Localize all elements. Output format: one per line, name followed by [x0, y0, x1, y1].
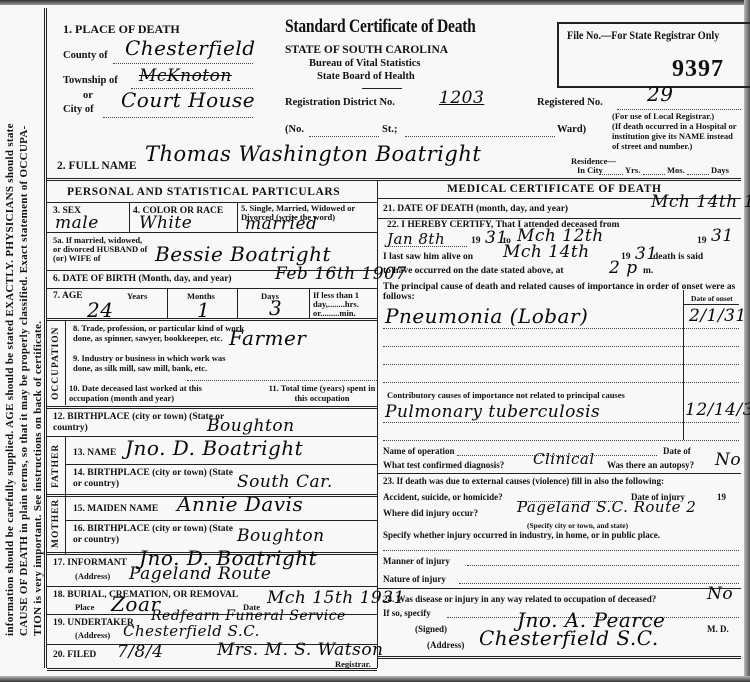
state-name: STATE OF SOUTH CAROLINA [285, 44, 448, 56]
operation-date-label: Date of [663, 446, 691, 456]
specify-city-note: (Specify city or town, and state) [527, 521, 628, 530]
file-number: 9397 [672, 56, 724, 83]
industry-label: 9. Industry or business in which work wa… [73, 354, 233, 373]
informant-address-label: (Address) [75, 571, 110, 581]
local-registrar-note: (For use of Local Registrar.) [612, 111, 714, 121]
city-label: City of [63, 104, 94, 115]
father-name-label: 13. NAME [73, 448, 116, 458]
occurred-label: to have occurred on the date stated abov… [383, 266, 564, 276]
specify-where-label: Specify whether injury occurred in indus… [383, 530, 660, 540]
file-box-label: File No.—For State Registrar Only [567, 28, 719, 43]
county-label: County of [63, 50, 108, 61]
full-name-value: Thomas Washington Boatright [145, 142, 481, 166]
nature-of-injury-label: Nature of injury [383, 574, 446, 584]
operation-label: Name of operation [383, 446, 455, 456]
death-said-label: death is said [653, 252, 703, 262]
occupation-related-label: 24. Was disease or injury in any way rel… [383, 594, 656, 604]
principal-cause-label: The principal cause of death and related… [383, 282, 739, 302]
burial-place-label: Place [75, 602, 94, 612]
date-of-death-value: Mch 14th 1931 [651, 192, 750, 212]
manner-of-injury-label: Manner of injury [383, 556, 450, 566]
last-saw-value: Mch 14th [503, 242, 590, 262]
death-certificate: information should be carefully supplied… [0, 0, 750, 682]
residence-mos-label: Mos. [667, 165, 685, 175]
residence-days-label: Days [711, 165, 729, 175]
board-name: State Board of Health [317, 71, 415, 82]
personal-section-title: PERSONAL AND STATISTICAL PARTICULARS [67, 186, 340, 198]
less-than-day-label: If less than 1 day,........hrs. or......… [313, 291, 379, 318]
medical-section-title: MEDICAL CERTIFICATE OF DEATH [447, 183, 662, 195]
father-birthplace-value: South Car. [237, 472, 333, 492]
date-of-onset-label: Date of onset [691, 294, 733, 303]
autopsy-label: Was there an autopsy? [607, 460, 694, 470]
test-value: Clinical [533, 450, 595, 468]
instructions-line-2: CAUSE OF DEATH in plain terms, so that i… [18, 125, 30, 636]
or-label: or [83, 90, 93, 101]
test-label: What test confirmed diagnosis? [383, 460, 504, 470]
spouse-value: Bessie Boatright [155, 242, 331, 266]
date-of-death-label: 21. DATE OF DEATH (month, day, and year) [383, 204, 568, 214]
physician-address-label: (Address) [427, 640, 464, 650]
place-of-death-label: 1. PLACE OF DEATH [63, 22, 180, 37]
where-injury-value: Pageland S.C. Route 2 [517, 498, 696, 516]
principal-onset-value: 2/1/31 [689, 306, 747, 326]
filed-label: 20. FILED [53, 650, 96, 660]
county-value: Chesterfield [125, 36, 256, 60]
injury-year-prefix: 19 [717, 492, 726, 502]
father-name-value: Jno. D. Boatright [125, 436, 303, 460]
registration-district-value: 1203 [439, 88, 484, 108]
registered-no-label: Registered No. [537, 97, 603, 108]
no-label: (No. [285, 124, 304, 135]
instructions-line-1: information should be carefully supplied… [4, 6, 16, 636]
filed-value: 7/8/4 [117, 642, 163, 662]
contributory-value: Pulmonary tuberculosis [385, 402, 600, 422]
father-section-label: FATHER [51, 444, 61, 488]
township-value: McKnoton [139, 66, 232, 86]
attended-to-year: 31 [711, 226, 734, 246]
race-value: White [139, 213, 192, 233]
spouse-label: 5a. If married, widowed, or divorced HUS… [53, 236, 149, 263]
street-label: St.; [382, 124, 397, 135]
age-years-label: Years [127, 291, 147, 301]
filed-registrar-value: Mrs. M. S. Watson [217, 640, 384, 660]
total-time-label: 11. Total time (years) spent in this occ… [267, 384, 377, 403]
undertaker-address-value: Chesterfield S.C. [123, 622, 260, 640]
informant-label: 17. INFORMANT [53, 558, 127, 568]
certificate-form: 1. PLACE OF DEATH County of Chesterfield… [44, 8, 740, 668]
father-birthplace-label: 14. BIRTHPLACE (city or town) (State or … [73, 468, 243, 490]
last-saw-label: I last saw him alive on [383, 252, 473, 262]
scan-edge-top [0, 0, 750, 5]
autopsy-value: No [715, 450, 741, 470]
informant-address-value: Pageland Route [129, 564, 271, 584]
scan-edge-bottom [0, 676, 750, 682]
age-days-value: 3 [269, 296, 282, 320]
instructions-line-3: TION is very important. See instructions… [32, 321, 44, 636]
scan-edge-right [744, 0, 750, 682]
mother-birthplace-label: 16. BIRTHPLACE (city or town) (State or … [73, 524, 243, 546]
mother-birthplace-value: Boughton [237, 526, 325, 546]
occupation-related-value: No [707, 584, 733, 604]
contributory-label: Contributory causes of importance not re… [387, 390, 625, 400]
principal-cause-value: Pneumonia (Lobar) [385, 304, 588, 328]
mother-section-label: MOTHER [51, 499, 61, 548]
md-label: M. D. [707, 624, 729, 634]
dob-label: 6. DATE OF BIRTH (Month, day, and year) [53, 274, 232, 284]
registration-district-label: Registration District No. [285, 97, 395, 108]
trade-value: Farmer [229, 326, 306, 350]
contributory-onset-value: 12/14/30 [685, 400, 750, 420]
if-so-label: If so, specify [383, 608, 431, 618]
full-name-label: 2. FULL NAME [57, 160, 137, 172]
marital-status-value: married [245, 214, 317, 234]
time-suffix: m. [643, 266, 653, 276]
where-injury-label: Where did injury occur? [383, 508, 478, 518]
mother-maiden-label: 15. MAIDEN NAME [73, 504, 158, 514]
attended-from-year-prefix: 19 [471, 236, 481, 246]
residence-yrs-label: Yrs. [625, 165, 640, 175]
undertaker-label: 19. UNDERTAKER [53, 618, 134, 628]
birthplace-value: Boughton [207, 416, 295, 436]
trade-label: 8. Trade, profession, or particular kind… [73, 324, 249, 343]
undertaker-address-label: (Address) [75, 630, 110, 640]
time-of-death-value: 2 p [609, 258, 638, 278]
mother-maiden-value: Annie Davis [177, 492, 303, 516]
registered-no-value: 29 [647, 82, 673, 106]
hospital-note: (If death occurred in a Hospital or inst… [612, 121, 742, 151]
age-label: 7. AGE [53, 291, 83, 301]
city-value: Court House [121, 88, 255, 112]
external-causes-label: 23. If death was due to external causes … [383, 476, 664, 486]
occupation-section-label: OCCUPATION [51, 326, 61, 400]
accident-label: Accident, suicide, or homicide? [383, 492, 503, 502]
ward-label: Ward) [557, 124, 586, 135]
sex-value: male [55, 213, 99, 233]
physician-address-value: Chesterfield S.C. [479, 626, 659, 650]
signed-label: (Signed) [415, 624, 447, 634]
last-worked-label: 10. Date deceased last worked at this oc… [69, 384, 209, 403]
attended-to-year-prefix: 19 [697, 236, 707, 246]
certificate-title: Standard Certificate of Death [285, 16, 476, 38]
bureau-name: Bureau of Vital Statistics [309, 58, 421, 69]
township-label: Township of [63, 75, 118, 86]
